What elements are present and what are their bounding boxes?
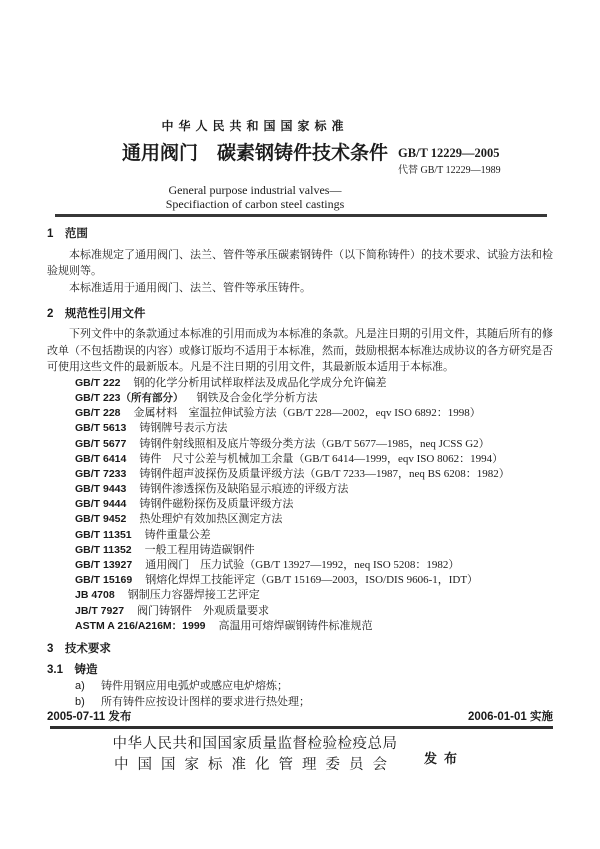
reference-code: ASTM A 216/A216M：1999 xyxy=(75,620,206,632)
list-item-label: b) xyxy=(75,694,101,710)
reference-title: 铸钢件渗透探伤及缺陷显示痕迹的评级方法 xyxy=(139,483,348,495)
list-item: a)铸件用钢应用电弧炉或感应电炉熔炼； xyxy=(75,678,553,694)
reference-title: 通用阀门 压力试验（GB/T 13927—1992，neq ISO 5208：1… xyxy=(145,559,459,571)
reference-code: JB 4708 xyxy=(75,589,115,601)
replaces-note: 代替 GB/T 12229—1989 xyxy=(398,165,501,177)
reference-code: GB/T 7233 xyxy=(75,468,126,480)
implementation-date: 2006-01-01 实施 xyxy=(468,711,553,724)
reference-code: GB/T 6414 xyxy=(75,453,126,465)
reference-title: 铸钢件射线照相及底片等级分类方法（GB/T 5677—1985，neq JCSS… xyxy=(139,438,489,450)
reference-item: GB/T 222钢的化学分析用试样取样法及成品化学成分允许偏差 xyxy=(75,376,553,391)
national-standard-label: 中华人民共和国国家标准 xyxy=(55,119,455,133)
reference-title: 一般工程用铸造碳钢件 xyxy=(145,544,255,556)
reference-item: JB 4708钢制压力容器焊接工艺评定 xyxy=(75,588,553,603)
document-header: 中华人民共和国国家标准 通用阀门 碳素钢铸件技术条件 General purpo… xyxy=(55,119,455,211)
reference-item: GB/T 11352一般工程用铸造碳钢件 xyxy=(75,543,553,558)
reference-title: 铸钢牌号表示方法 xyxy=(139,422,227,434)
list-item: b)所有铸件应按设计图样的要求进行热处理； xyxy=(75,694,553,710)
footer-dates-row: 2005-07-11 发布 2006-01-01 实施 xyxy=(47,711,553,724)
title-english-line1: General purpose industrial valves— xyxy=(55,183,455,197)
issue-date: 2005-07-11 发布 xyxy=(47,711,131,724)
reference-item: ASTM A 216/A216M：1999高温用可熔焊碳钢铸件标准规范 xyxy=(75,619,553,634)
reference-code: GB/T 222 xyxy=(75,377,121,389)
reference-item: GB/T 6414铸件 尺寸公差与机械加工余量（GB/T 6414—1999，e… xyxy=(75,452,553,467)
reference-code: GB/T 15169 xyxy=(75,574,132,586)
section1-paragraph2: 本标准适用于通用阀门、法兰、管件等承压铸件。 xyxy=(47,280,553,297)
list-item-text: 所有铸件应按设计图样的要求进行热处理； xyxy=(101,696,310,708)
reference-item: GB/T 9443铸钢件渗透探伤及缺陷显示痕迹的评级方法 xyxy=(75,482,553,497)
section2-intro-paragraph: 下列文件中的条款通过本标准的引用而成为本标准的条款。凡是注日期的引用文件，其随后… xyxy=(47,326,553,376)
list-item-label: a) xyxy=(75,678,101,694)
reference-title: 铸钢件超声波探伤及质量评级方法（GB/T 7233—1987，neq BS 62… xyxy=(139,468,509,480)
reference-item: GB/T 5677铸钢件射线照相及底片等级分类方法（GB/T 5677—1985… xyxy=(75,437,553,452)
section3-heading: 3 技术要求 xyxy=(47,641,553,658)
section1-heading: 1 范围 xyxy=(47,226,553,243)
list-item-text: 铸件用钢应用电弧炉或感应电炉熔炼； xyxy=(101,680,288,692)
reference-item: GB/T 9452热处理炉有效加热区测定方法 xyxy=(75,512,553,527)
reference-item: JB/T 7927阀门铸钢件 外观质量要求 xyxy=(75,604,553,619)
document-body: 1 范围 本标准规定了通用阀门、法兰、管件等承压碳素钢铸件（以下简称铸件）的技术… xyxy=(47,226,553,710)
reference-code: GB/T 9443 xyxy=(75,483,126,495)
reference-item: GB/T 15169钢熔化焊焊工技能评定（GB/T 15169—2003，ISO… xyxy=(75,573,553,588)
reference-title: 铸钢件磁粉探伤及质量评级方法 xyxy=(139,498,293,510)
standard-code: GB/T 12229—2005 xyxy=(398,146,501,160)
document-title-chinese: 通用阀门 碳素钢铸件技术条件 xyxy=(55,142,455,166)
section1-paragraph1: 本标准规定了通用阀门、法兰、管件等承压碳素钢铸件（以下简称铸件）的技术要求、试验… xyxy=(47,247,553,280)
reference-code: GB/T 5613 xyxy=(75,422,126,434)
section3-1-heading: 3.1 铸造 xyxy=(47,662,553,679)
publisher-line1: 中华人民共和国国家质量监督检验检疫总局 xyxy=(108,734,402,755)
reference-code: GB/T 228 xyxy=(75,407,121,419)
reference-code: JB/T 7927 xyxy=(75,605,124,617)
publisher-block: 中华人民共和国国家质量监督检验检疫总局 中国国家标准化管理委员会 xyxy=(108,734,402,776)
title-english-line2: Specifiaction of carbon steel castings xyxy=(55,197,455,211)
document-title-english: General purpose industrial valves— Speci… xyxy=(55,183,455,211)
reference-item: GB/T 9444铸钢件磁粉探伤及质量评级方法 xyxy=(75,497,553,512)
reference-code: GB/T 13927 xyxy=(75,559,132,571)
reference-item: GB/T 223（所有部分）钢铁及合金化学分析方法 xyxy=(75,391,553,406)
reference-title: 金属材料 室温拉伸试验方法（GB/T 228—2002，eqv ISO 6892… xyxy=(134,407,481,419)
reference-item: GB/T 5613铸钢牌号表示方法 xyxy=(75,421,553,436)
footer-divider-rule xyxy=(50,726,553,729)
reference-code: GB/T 5677 xyxy=(75,438,126,450)
normative-reference-list: GB/T 222钢的化学分析用试样取样法及成品化学成分允许偏差 GB/T 223… xyxy=(47,376,553,634)
reference-item: GB/T 7233铸钢件超声波探伤及质量评级方法（GB/T 7233—1987，… xyxy=(75,467,553,482)
publish-label: 发布 xyxy=(424,748,464,767)
reference-item: GB/T 13927通用阀门 压力试验（GB/T 13927—1992，neq … xyxy=(75,558,553,573)
reference-title: 阀门铸钢件 外观质量要求 xyxy=(137,605,269,617)
reference-title: 钢制压力容器焊接工艺评定 xyxy=(128,589,260,601)
reference-title: 钢铁及合金化学分析方法 xyxy=(197,392,318,404)
publisher-line2: 中国国家标准化管理委员会 xyxy=(108,755,402,776)
reference-code: GB/T 223（所有部分） xyxy=(75,392,184,404)
standard-code-block: GB/T 12229—2005 代替 GB/T 12229—1989 xyxy=(398,146,501,177)
header-divider-rule xyxy=(55,214,547,217)
reference-title: 钢熔化焊焊工技能评定（GB/T 15169—2003，ISO/DIS 9606-… xyxy=(145,574,478,586)
reference-code: GB/T 11351 xyxy=(75,529,132,541)
standard-document-page: 中华人民共和国国家标准 通用阀门 碳素钢铸件技术条件 General purpo… xyxy=(0,0,600,849)
clause-list: a)铸件用钢应用电弧炉或感应电炉熔炼； b)所有铸件应按设计图样的要求进行热处理… xyxy=(47,678,553,710)
section2-heading: 2 规范性引用文件 xyxy=(47,306,553,323)
reference-title: 高温用可熔焊碳钢铸件标准规范 xyxy=(219,620,373,632)
reference-item: GB/T 11351铸件重量公差 xyxy=(75,528,553,543)
reference-code: GB/T 9452 xyxy=(75,513,126,525)
reference-code: GB/T 11352 xyxy=(75,544,132,556)
reference-title: 铸件 尺寸公差与机械加工余量（GB/T 6414—1999，eqv ISO 80… xyxy=(139,453,503,465)
reference-title: 铸件重量公差 xyxy=(145,529,211,541)
reference-item: GB/T 228金属材料 室温拉伸试验方法（GB/T 228—2002，eqv … xyxy=(75,406,553,421)
reference-title: 钢的化学分析用试样取样法及成品化学成分允许偏差 xyxy=(134,377,387,389)
reference-title: 热处理炉有效加热区测定方法 xyxy=(139,513,282,525)
reference-code: GB/T 9444 xyxy=(75,498,126,510)
